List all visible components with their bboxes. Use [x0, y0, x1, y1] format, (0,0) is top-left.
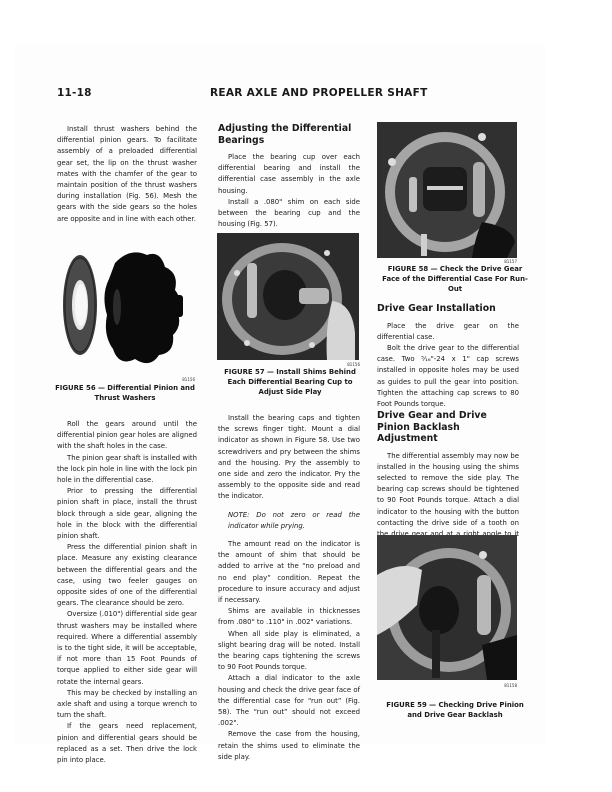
running-head: REAR AXLE AND PROPELLER SHAFT [210, 87, 428, 99]
figure-58-photo [377, 122, 517, 258]
paragraph: Shims are available in thicknesses from … [218, 606, 360, 628]
differential-housing-photo [217, 233, 359, 360]
column1-intro: Install thrust washers behind the differ… [57, 124, 197, 225]
paragraph: Prior to pressing the differential pinio… [57, 486, 197, 542]
figure-59-photo [377, 535, 517, 680]
figure-59-caption: FIGURE 59 — Checking Drive Pinion and Dr… [380, 700, 530, 720]
paragraph: Attach a dial indicator to the axle hous… [218, 673, 360, 729]
backlash-check-photo [377, 535, 517, 680]
figure-56-image [55, 245, 185, 365]
column2-body: Install the bearing caps and tighten the… [218, 413, 360, 763]
figure-56-number: 81156 [150, 377, 195, 382]
paragraph: Install thrust washers behind the differ… [57, 124, 197, 225]
paragraph: The pinion gear shaft is installed with … [57, 453, 197, 487]
paragraph: The amount read on the indicator is the … [218, 539, 360, 606]
figure-56-caption: FIGURE 56 — Differential Pinion and Thru… [50, 383, 200, 403]
column3-section2: Drive Gear and Drive Pinion Backlash Adj… [377, 410, 519, 551]
differential-case-photo [377, 122, 517, 258]
pinion-and-washer-illustration [55, 245, 185, 365]
paragraph: This may be checked by installing an axl… [57, 688, 197, 722]
paragraph: Remove the case from the housing, retain… [218, 729, 360, 763]
figure-59-number: 81158 [475, 683, 517, 688]
note: NOTE: Do not zero or read the indicator … [218, 510, 360, 532]
column1-body: Roll the gears around until the differen… [57, 419, 197, 766]
paragraph: When all side play is eliminated, a slig… [218, 629, 360, 674]
column2-intro: Adjusting the Differential Bearings Plac… [218, 123, 360, 230]
paragraph: Install the bearing caps and tighten the… [218, 413, 360, 503]
section-heading: Drive Gear Installation [377, 303, 519, 315]
paragraph: Oversize (.010") differential side gear … [57, 609, 197, 687]
figure-58-caption: FIGURE 58 — Check the Drive Gear Face of… [380, 264, 530, 294]
paragraph: Place the bearing cup over each differen… [218, 152, 360, 197]
column3-section1: Drive Gear Installation Place the drive … [377, 303, 519, 410]
paragraph: Roll the gears around until the differen… [57, 419, 197, 453]
section-heading: Adjusting the Differential Bearings [218, 123, 360, 146]
figure-57-caption: FIGURE 57 — Install Shims Behind Each Di… [220, 367, 360, 397]
paragraph: Press the differential pinion shaft in p… [57, 542, 197, 609]
paragraph: If the gears need replacement, pinion an… [57, 721, 197, 766]
paragraph: Place the drive gear on the differential… [377, 321, 519, 343]
paragraph: Install a .080" shim on each side betwee… [218, 197, 360, 231]
paragraph: Bolt the drive gear to the differential … [377, 343, 519, 410]
page-number: 11-18 [57, 87, 92, 99]
figure-57-photo [217, 233, 359, 360]
section-heading: Drive Gear and Drive Pinion Backlash Adj… [377, 410, 519, 445]
